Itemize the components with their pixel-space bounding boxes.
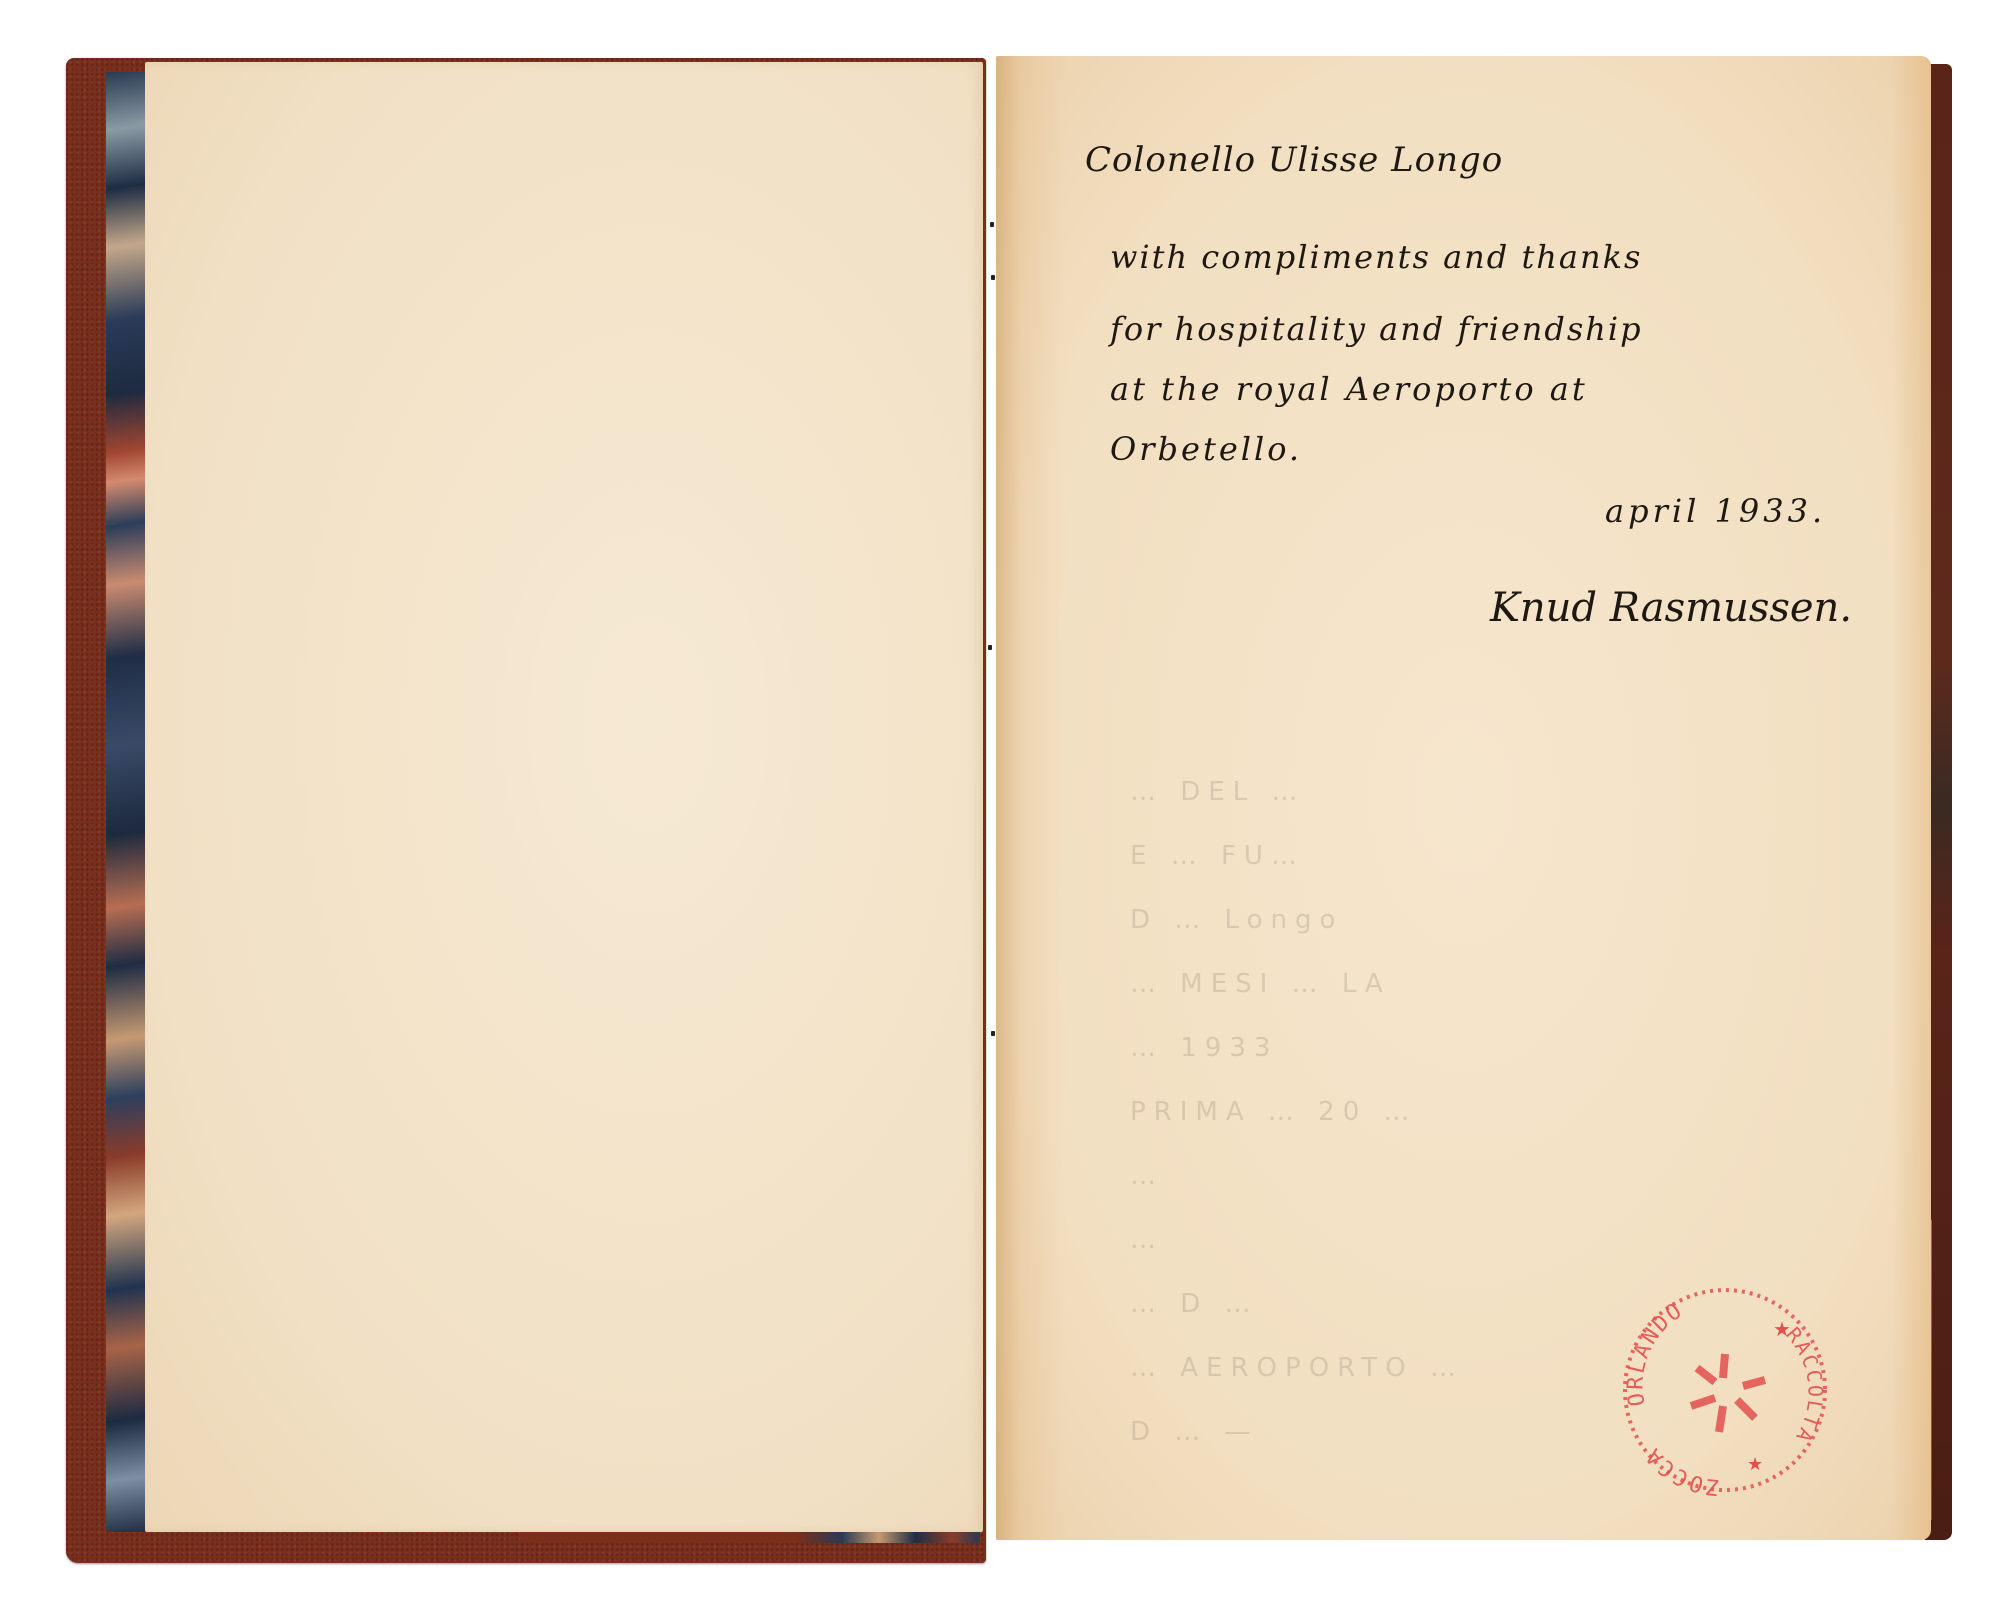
- inscription-date: april 1933.: [1605, 492, 1826, 530]
- open-book: Colonello Ulisse Longo with compliments …: [0, 0, 2000, 1613]
- svg-text:ZOCCA: ZOCCA: [1640, 1442, 1721, 1499]
- pencil-line: … MESI … LA: [1130, 952, 1880, 1016]
- inscription-signature: Knud Rasmussen.: [1490, 585, 1852, 631]
- inscription-line: Orbetello.: [1110, 430, 1302, 468]
- inscription-recipient: Colonello Ulisse Longo: [1085, 140, 1503, 180]
- pencil-line: …: [1130, 1208, 1880, 1272]
- left-blank-page: [145, 62, 983, 1532]
- pencil-line: E … FU…: [1130, 824, 1880, 888]
- stamp-text-top: ORLANDO: [1623, 1298, 1688, 1408]
- svg-text:ORLANDO: ORLANDO: [1623, 1298, 1688, 1408]
- star-icon: ★: [1747, 1454, 1763, 1475]
- pencil-line: PRIMA … 20 …: [1130, 1080, 1880, 1144]
- inscription-line: with compliments and thanks: [1110, 238, 1642, 276]
- library-stamp: ORLANDO RACCOLTA ZOCCA ★ ★: [1615, 1280, 1835, 1500]
- stamp-text-left: ZOCCA: [1640, 1442, 1721, 1499]
- inscription-line: at the royal Aeroporto at: [1110, 370, 1588, 408]
- stamp-text-right: RACCOLTA: [1781, 1323, 1827, 1448]
- pencil-line: …: [1130, 1144, 1880, 1208]
- pencil-line: … 1933: [1130, 1016, 1880, 1080]
- stamp-icon: ORLANDO RACCOLTA ZOCCA ★ ★: [1615, 1280, 1835, 1500]
- svg-text:RACCOLTA: RACCOLTA: [1781, 1323, 1827, 1448]
- asterisk-icon: [1691, 1354, 1765, 1432]
- inscription-line: for hospitality and friendship: [1110, 310, 1643, 348]
- pencil-line: D … Longo: [1130, 888, 1880, 952]
- pencil-line: … DEL …: [1130, 760, 1880, 824]
- star-icon: ★: [1773, 1317, 1791, 1341]
